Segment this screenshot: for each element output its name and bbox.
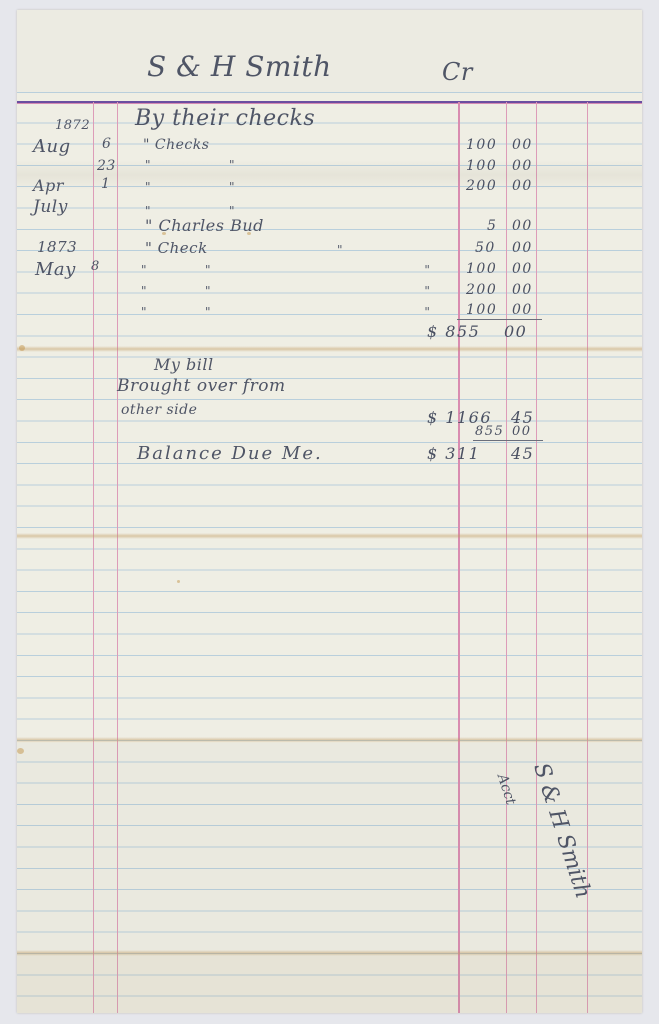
amount-cents: 00 — [512, 158, 533, 174]
entry-amount: 500 — [487, 218, 497, 234]
total-underline — [457, 319, 542, 320]
entry-day: 8 — [91, 259, 100, 274]
entry-day: 23 — [97, 158, 116, 174]
entry-amount: 10000 — [466, 158, 497, 174]
total-cents: 00 — [504, 322, 527, 341]
entry-amount: 20000 — [466, 178, 497, 194]
entry-description: " — [145, 158, 151, 172]
amount-dollars: 5 — [487, 218, 497, 234]
stain — [17, 748, 24, 754]
entry-description: " Check — [145, 239, 208, 257]
amount-cents: 00 — [512, 302, 533, 318]
amount-cents: 00 — [512, 424, 532, 439]
balance-label: Balance Due Me. — [137, 443, 323, 464]
amount-dollars: 100 — [466, 158, 497, 174]
entry-ditto: " — [229, 158, 235, 172]
amount-dollars: 200 — [466, 178, 497, 194]
account-name: S & H Smith — [147, 50, 332, 83]
fold-line — [17, 533, 642, 539]
entry-month: July — [33, 197, 68, 217]
entry-amount: 20000 — [466, 282, 497, 298]
amount-dollars: 100 — [466, 137, 497, 153]
amount-dollars: 311 — [445, 444, 480, 463]
entry-month: May — [35, 259, 76, 280]
top-double-rule — [17, 101, 642, 103]
amount-cents: 45 — [511, 444, 534, 463]
dollar-sign: $ — [427, 322, 439, 341]
entry-amount: 5000 — [475, 240, 496, 256]
amount-dollars: 100 — [466, 261, 497, 277]
dollar-sign: $ — [427, 444, 439, 463]
stain — [177, 580, 180, 583]
amount-dollars: 50 — [475, 240, 496, 256]
dollar-sign: $ — [427, 408, 439, 427]
amount-dollars: 855 — [475, 424, 504, 439]
credit-side-label: Cr — [442, 58, 473, 86]
balance-underline — [473, 440, 543, 441]
entry-day: 6 — [102, 136, 111, 152]
entry-amount: 10000 — [466, 137, 497, 153]
entry-description: " Checks — [143, 137, 209, 153]
summary-line-2: Brought over from — [117, 376, 286, 396]
entries-total: $ 85500 — [427, 322, 480, 341]
summary-line-3: other side — [121, 402, 197, 418]
entry-description: " — [141, 305, 147, 319]
entry-year: 1872 — [55, 118, 90, 133]
entry-ditto: " — [337, 243, 343, 257]
ledger-page: S & H Smith Cr By their checks 1872 Aug … — [17, 10, 642, 1013]
entry-month: Aug — [33, 136, 71, 157]
fold-line — [17, 346, 642, 352]
header-rule — [17, 92, 642, 93]
entry-description: " — [141, 284, 147, 298]
stain — [19, 345, 25, 351]
entry-ditto: " — [229, 180, 235, 194]
summary-line-1: My bill — [154, 355, 214, 374]
amount-cents: 00 — [512, 218, 533, 234]
entry-description: " Charles Bud — [145, 216, 264, 235]
amount-cents: 00 — [512, 261, 533, 277]
entry-day: 1 — [101, 176, 110, 192]
entries-heading: By their checks — [135, 106, 315, 131]
amount-cents: 00 — [512, 240, 533, 256]
amount-cents: 00 — [512, 282, 533, 298]
amount-dollars: 200 — [466, 282, 497, 298]
entry-month: Apr — [33, 176, 64, 195]
bottom-shade — [17, 953, 642, 1013]
entry-amount: 10000 — [466, 302, 497, 318]
entry-amount: 10000 — [466, 261, 497, 277]
amount-cents: 00 — [512, 178, 533, 194]
balance-amount: $ 31145 — [427, 444, 480, 463]
entry-description: " — [141, 263, 147, 277]
total-dollars: 855 — [445, 322, 480, 341]
amount-dollars: 100 — [466, 302, 497, 318]
amount-cents: 00 — [512, 137, 533, 153]
entry-year: 1873 — [37, 238, 77, 256]
less-amount: 85500 — [475, 424, 504, 439]
entry-description: " — [145, 180, 151, 194]
